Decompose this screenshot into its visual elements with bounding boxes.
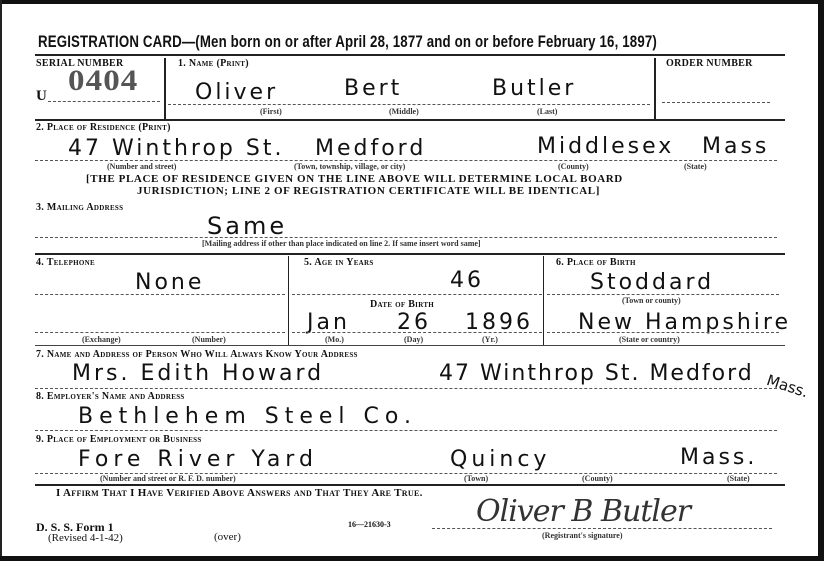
serial-divider — [164, 58, 166, 120]
birthplace-town-line — [547, 294, 779, 295]
middle-name-value: Bert — [344, 76, 402, 101]
residence-notice-line2: JURISDICTION; LINE 2 OF REGISTRATION CER… — [137, 185, 600, 197]
order-number-label: ORDER NUMBER — [666, 58, 753, 69]
exchange-caption: (Exchange) — [82, 335, 121, 344]
number-caption: (Number) — [192, 335, 226, 344]
card-title: REGISTRATION CARD—(Men born on or after … — [38, 32, 657, 52]
mailing-address-label: 3. Mailing Address — [36, 202, 123, 213]
row4-rule — [35, 345, 785, 346]
age-value: 46 — [450, 268, 484, 293]
date-of-birth-label: Date of Birth — [370, 299, 434, 310]
age-label: 5. Age in Years — [304, 257, 374, 268]
residence-town-value: Medford — [315, 136, 426, 161]
day-caption: (Day) — [404, 335, 423, 344]
row9-rule — [35, 484, 785, 486]
over-note: (over) — [214, 531, 241, 543]
residence-line — [35, 160, 777, 161]
contact-line — [35, 388, 777, 389]
mailing-address-value: Same — [207, 212, 287, 240]
employer-line — [35, 430, 777, 431]
year-caption: (Yr.) — [482, 335, 498, 344]
employment-state-caption: (State) — [727, 474, 750, 483]
telephone-value: None — [135, 270, 204, 295]
birthplace-divider — [543, 256, 544, 346]
residence-label: 2. Place of Residence (Print) — [36, 122, 171, 133]
residence-street-value: 47 Winthrop St. — [68, 136, 284, 161]
birthplace-town-caption: (Town or county) — [622, 296, 681, 305]
middle-caption: (Middle) — [389, 107, 419, 116]
registrant-signature: Oliver B Butler — [476, 494, 690, 529]
residence-town-caption: (Town, township, village, or city) — [294, 162, 405, 171]
last-caption: (Last) — [537, 107, 557, 116]
residence-state-value: Mass — [702, 134, 769, 159]
residence-street-caption: (Number and street) — [107, 162, 176, 171]
birthplace-state-caption: (State or country) — [619, 335, 680, 344]
affirmation-text: I Affirm That I Have Verified Above Answ… — [56, 487, 423, 499]
order-number-line — [662, 102, 770, 103]
mailing-caption: [Mailing address if other than place ind… — [202, 239, 481, 248]
contact-address-state: Mass. — [764, 371, 810, 401]
serial-number-value: 0404 — [68, 64, 138, 98]
employment-street-caption: (Number and street or R. F. D. number) — [100, 474, 236, 483]
signature-caption: (Registrant's signature) — [542, 531, 623, 540]
residence-notice-line1: [THE PLACE OF RESIDENCE GIVEN ON THE LIN… — [86, 173, 623, 185]
contact-name-value: Mrs. Edith Howard — [72, 361, 324, 386]
mailing-line — [35, 237, 777, 238]
name-line — [168, 104, 650, 105]
scan-border-bottom — [0, 556, 824, 561]
employment-place-label: 9. Place of Employment or Business — [36, 434, 202, 445]
month-caption: (Mo.) — [325, 335, 344, 344]
employer-value: Bethlehem Steel Co. — [78, 404, 417, 429]
signature-line — [432, 528, 772, 529]
row1-rule — [35, 119, 785, 121]
telephone-label: 4. Telephone — [36, 257, 95, 268]
employer-label: 8. Employer's Name and Address — [36, 391, 185, 402]
employment-town-caption: (Town) — [464, 474, 488, 483]
birthplace-state-line — [547, 332, 779, 333]
employment-street-value: Fore River Yard — [78, 447, 318, 472]
print-code: 16—21630-3 — [348, 520, 391, 529]
employment-town-value: Quincy — [450, 447, 550, 472]
serial-line — [48, 101, 160, 102]
contact-label: 7. Name and Address of Person Who Will A… — [36, 349, 358, 360]
form-revised: (Revised 4-1-42) — [48, 532, 123, 544]
serial-prefix: U — [36, 88, 47, 105]
name-label: 1. Name (Print) — [178, 58, 249, 69]
scan-border-right — [818, 0, 824, 561]
telephone-line-2 — [35, 332, 285, 333]
birthplace-town-value: Stoddard — [590, 270, 714, 295]
row3-rule — [35, 253, 785, 255]
registration-card: REGISTRATION CARD—(Men born on or after … — [2, 4, 818, 556]
employment-county-caption: (County) — [582, 474, 613, 483]
first-name-value: Oliver — [195, 80, 278, 105]
residence-county-caption: (County) — [558, 162, 589, 171]
last-name-value: Butler — [492, 76, 576, 101]
order-divider — [654, 58, 656, 120]
first-caption: (First) — [260, 107, 282, 116]
age-line — [292, 294, 542, 295]
telephone-line-1 — [35, 294, 285, 295]
age-divider-left — [288, 256, 289, 346]
title-rule — [35, 54, 785, 56]
birthplace-label: 6. Place of Birth — [556, 257, 636, 268]
contact-address-value: 47 Winthrop St. Medford — [439, 361, 754, 386]
employment-state-value: Mass. — [680, 445, 757, 470]
dob-line — [292, 332, 542, 333]
residence-county-value: Middlesex — [537, 134, 674, 159]
residence-state-caption: (State) — [684, 162, 707, 171]
